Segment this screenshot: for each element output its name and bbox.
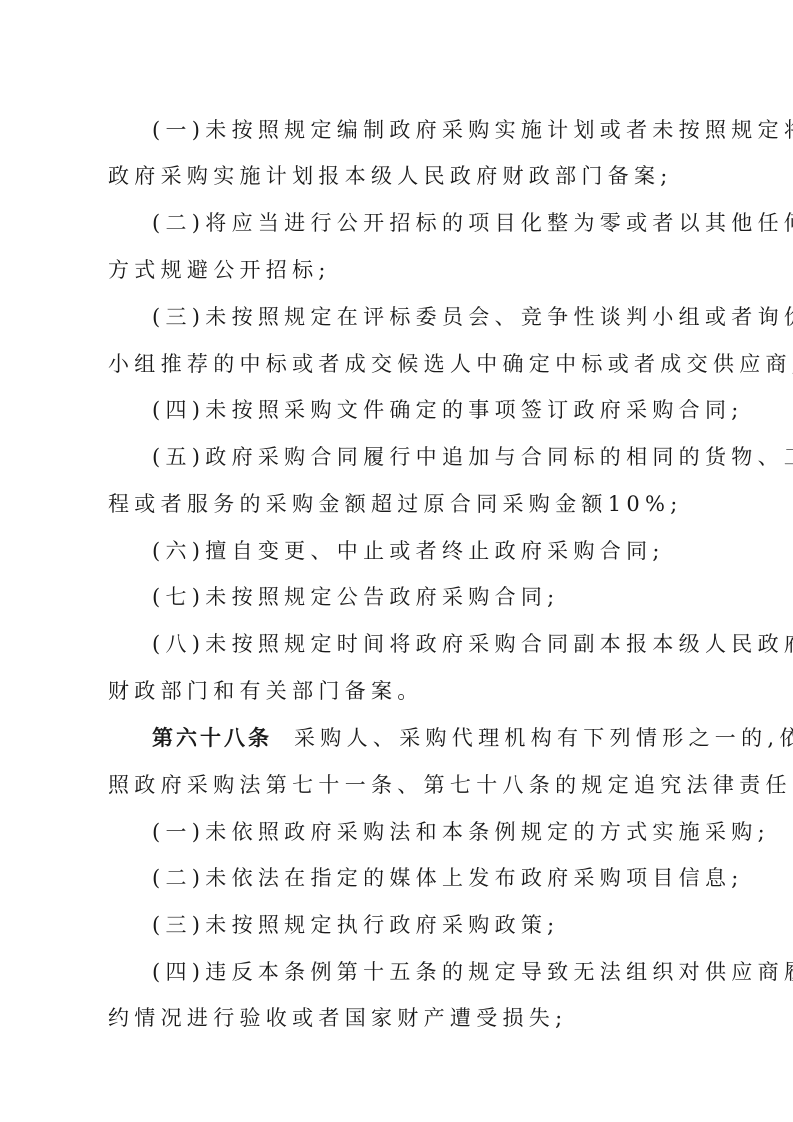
article-first-line: 第六十八条采购人、采购代理机构有下列情形之一的,依 [152, 726, 793, 750]
text-line: 照政府采购法第七十一条、第七十八条的规定追究法律责任: [108, 773, 793, 797]
text-line: (六)擅自变更、中止或者终止政府采购合同; [152, 539, 665, 563]
text-line: (一)未按照规定编制政府采购实施计划或者未按照规定将 [152, 118, 793, 142]
text-line: 小组推荐的中标或者成交候选人中确定中标或者成交供应商; [108, 352, 793, 376]
list-item: 约情况进行验收或者国家财产遭受损失; [108, 1006, 567, 1030]
text-line: (三)未按照规定在评标委员会、竞争性谈判小组或者询价 [152, 305, 793, 329]
text-line: 政府采购实施计划报本级人民政府财政部门备案; [108, 164, 673, 188]
text-line: (八)未按照规定时间将政府采购合同副本报本级人民政府 [152, 632, 793, 656]
text-line: 方式规避公开招标; [108, 258, 331, 282]
text-line: 财政部门和有关部门备案。 [108, 679, 424, 703]
text-line: (五)政府采购合同履行中追加与合同标的相同的货物、工 [152, 445, 793, 469]
list-item: (一)未依照政府采购法和本条例规定的方式实施采购; [152, 820, 770, 844]
article-text: 采购人、采购代理机构有下列情形之一的,依 [294, 726, 793, 750]
list-item: (二)未依法在指定的媒体上发布政府采购项目信息; [152, 866, 744, 890]
article-heading: 第六十八条 [152, 725, 272, 750]
text-line: 程或者服务的采购金额超过原合同采购金额10%; [108, 492, 683, 516]
document-page: (一)未按照规定编制政府采购实施计划或者未按照规定将 政府采购实施计划报本级人民… [0, 0, 793, 1122]
text-line: (七)未按照规定公告政府采购合同; [152, 585, 560, 609]
text-line: (二)将应当进行公开招标的项目化整为零或者以其他任何 [152, 211, 793, 235]
list-item: (四)违反本条例第十五条的规定导致无法组织对供应商履 [152, 960, 793, 984]
text-line: (四)未按照采购文件确定的事项签订政府采购合同; [152, 398, 744, 422]
list-item: (三)未按照规定执行政府采购政策; [152, 913, 560, 937]
